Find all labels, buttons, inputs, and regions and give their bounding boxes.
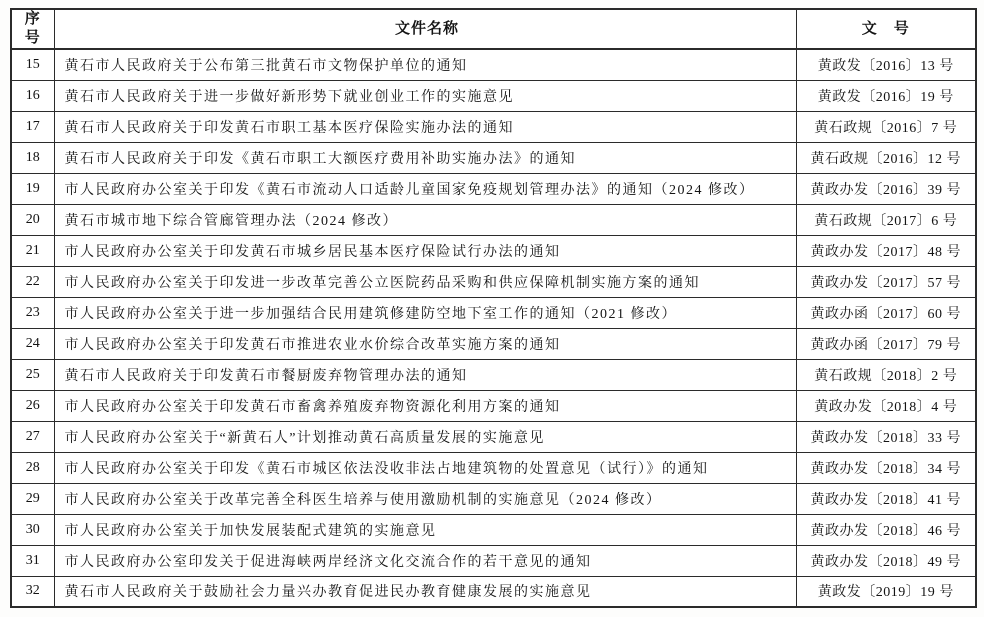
serial-number-cell: 25 bbox=[11, 359, 54, 390]
table-row: 28 市人民政府办公室关于印发《黄石市城区依法没收非法占地建筑物的处置意见（试行… bbox=[11, 452, 976, 483]
document-title-cell: 市人民政府办公室关于印发进一步改革完善公立医院药品采购和供应保障机制实施方案的通… bbox=[54, 266, 796, 297]
document-number-cell: 黄石政规〔2016〕12 号 bbox=[796, 142, 976, 173]
table-body: 15 黄石市人民政府关于公布第三批黄石市文物保护单位的通知 黄政发〔2016〕1… bbox=[11, 49, 976, 607]
document-title-cell: 黄石市人民政府关于印发黄石市职工基本医疗保险实施办法的通知 bbox=[54, 111, 796, 142]
serial-number-cell: 32 bbox=[11, 576, 54, 607]
document-number-cell: 黄石政规〔2017〕6 号 bbox=[796, 204, 976, 235]
document-title-cell: 黄石市人民政府关于进一步做好新形势下就业创业工作的实施意见 bbox=[54, 80, 796, 111]
serial-number-cell: 18 bbox=[11, 142, 54, 173]
table-row: 23 市人民政府办公室关于进一步加强结合民用建筑修建防空地下室工作的通知（202… bbox=[11, 297, 976, 328]
serial-number-cell: 30 bbox=[11, 514, 54, 545]
table-header: 序 号 文件名称 文 号 bbox=[11, 9, 976, 49]
document-number-cell: 黄政发〔2019〕19 号 bbox=[796, 576, 976, 607]
table-row: 16 黄石市人民政府关于进一步做好新形势下就业创业工作的实施意见 黄政发〔201… bbox=[11, 80, 976, 111]
document-number-cell: 黄政发〔2016〕19 号 bbox=[796, 80, 976, 111]
document-title-cell: 市人民政府办公室关于加快发展装配式建筑的实施意见 bbox=[54, 514, 796, 545]
document-title-cell: 市人民政府办公室关于印发黄石市城乡居民基本医疗保险试行办法的通知 bbox=[54, 235, 796, 266]
document-title-cell: 市人民政府办公室关于印发《黄石市流动人口适龄儿童国家免疫规划管理办法》的通知（2… bbox=[54, 173, 796, 204]
serial-number-cell: 17 bbox=[11, 111, 54, 142]
document-title-cell: 黄石市人民政府关于公布第三批黄石市文物保护单位的通知 bbox=[54, 49, 796, 80]
serial-number-cell: 15 bbox=[11, 49, 54, 80]
table-row: 17 黄石市人民政府关于印发黄石市职工基本医疗保险实施办法的通知 黄石政规〔20… bbox=[11, 111, 976, 142]
document-number-cell: 黄政办函〔2017〕79 号 bbox=[796, 328, 976, 359]
table-row: 18 黄石市人民政府关于印发《黄石市职工大额医疗费用补助实施办法》的通知 黄石政… bbox=[11, 142, 976, 173]
table-row: 25 黄石市人民政府关于印发黄石市餐厨废弃物管理办法的通知 黄石政规〔2018〕… bbox=[11, 359, 976, 390]
serial-number-cell: 27 bbox=[11, 421, 54, 452]
table-row: 27 市人民政府办公室关于“新黄石人”计划推动黄石高质量发展的实施意见 黄政办发… bbox=[11, 421, 976, 452]
document-title-cell: 市人民政府办公室印发关于促进海峡两岸经济文化交流合作的若干意见的通知 bbox=[54, 545, 796, 576]
document-number-cell: 黄政办函〔2017〕60 号 bbox=[796, 297, 976, 328]
table-row: 15 黄石市人民政府关于公布第三批黄石市文物保护单位的通知 黄政发〔2016〕1… bbox=[11, 49, 976, 80]
document-number-cell: 黄政办发〔2018〕4 号 bbox=[796, 390, 976, 421]
serial-number-cell: 31 bbox=[11, 545, 54, 576]
document-title-cell: 市人民政府办公室关于印发黄石市畜禽养殖废弃物资源化利用方案的通知 bbox=[54, 390, 796, 421]
document-title-cell: 市人民政府办公室关于印发黄石市推进农业水价综合改革实施方案的通知 bbox=[54, 328, 796, 359]
table-row: 29 市人民政府办公室关于改革完善全科医生培养与使用激励机制的实施意见（2024… bbox=[11, 483, 976, 514]
document-title-cell: 黄石市人民政府关于印发《黄石市职工大额医疗费用补助实施办法》的通知 bbox=[54, 142, 796, 173]
table-row: 31 市人民政府办公室印发关于促进海峡两岸经济文化交流合作的若干意见的通知 黄政… bbox=[11, 545, 976, 576]
document-number-cell: 黄政办发〔2018〕34 号 bbox=[796, 452, 976, 483]
header-serial-number: 序 号 bbox=[11, 9, 54, 49]
document-list-table: 序 号 文件名称 文 号 15 黄石市人民政府关于公布第三批黄石市文物保护单位的… bbox=[10, 8, 977, 608]
table-row: 32 黄石市人民政府关于鼓励社会力量兴办教育促进民办教育健康发展的实施意见 黄政… bbox=[11, 576, 976, 607]
table-row: 19 市人民政府办公室关于印发《黄石市流动人口适龄儿童国家免疫规划管理办法》的通… bbox=[11, 173, 976, 204]
serial-number-cell: 24 bbox=[11, 328, 54, 359]
document-number-cell: 黄政办发〔2016〕39 号 bbox=[796, 173, 976, 204]
table-row: 22 市人民政府办公室关于印发进一步改革完善公立医院药品采购和供应保障机制实施方… bbox=[11, 266, 976, 297]
document-number-cell: 黄政发〔2016〕13 号 bbox=[796, 49, 976, 80]
serial-number-cell: 16 bbox=[11, 80, 54, 111]
document-title-cell: 市人民政府办公室关于“新黄石人”计划推动黄石高质量发展的实施意见 bbox=[54, 421, 796, 452]
document-page: 序 号 文件名称 文 号 15 黄石市人民政府关于公布第三批黄石市文物保护单位的… bbox=[0, 0, 984, 617]
document-title-cell: 市人民政府办公室关于印发《黄石市城区依法没收非法占地建筑物的处置意见（试行）》的… bbox=[54, 452, 796, 483]
document-number-cell: 黄政办发〔2017〕48 号 bbox=[796, 235, 976, 266]
serial-number-cell: 29 bbox=[11, 483, 54, 514]
document-number-cell: 黄政办发〔2018〕33 号 bbox=[796, 421, 976, 452]
document-number-cell: 黄政办发〔2018〕46 号 bbox=[796, 514, 976, 545]
serial-number-cell: 20 bbox=[11, 204, 54, 235]
table-row: 24 市人民政府办公室关于印发黄石市推进农业水价综合改革实施方案的通知 黄政办函… bbox=[11, 328, 976, 359]
table-row: 26 市人民政府办公室关于印发黄石市畜禽养殖废弃物资源化利用方案的通知 黄政办发… bbox=[11, 390, 976, 421]
document-number-cell: 黄石政规〔2016〕7 号 bbox=[796, 111, 976, 142]
document-title-cell: 市人民政府办公室关于改革完善全科医生培养与使用激励机制的实施意见（2024 修改… bbox=[54, 483, 796, 514]
document-number-cell: 黄石政规〔2018〕2 号 bbox=[796, 359, 976, 390]
table-row: 30 市人民政府办公室关于加快发展装配式建筑的实施意见 黄政办发〔2018〕46… bbox=[11, 514, 976, 545]
serial-number-cell: 19 bbox=[11, 173, 54, 204]
serial-number-cell: 22 bbox=[11, 266, 54, 297]
serial-number-cell: 23 bbox=[11, 297, 54, 328]
serial-number-cell: 28 bbox=[11, 452, 54, 483]
document-title-cell: 黄石市人民政府关于鼓励社会力量兴办教育促进民办教育健康发展的实施意见 bbox=[54, 576, 796, 607]
header-document-title: 文件名称 bbox=[54, 9, 796, 49]
document-number-cell: 黄政办发〔2018〕49 号 bbox=[796, 545, 976, 576]
document-title-cell: 市人民政府办公室关于进一步加强结合民用建筑修建防空地下室工作的通知（2021 修… bbox=[54, 297, 796, 328]
document-title-cell: 黄石市人民政府关于印发黄石市餐厨废弃物管理办法的通知 bbox=[54, 359, 796, 390]
serial-number-cell: 26 bbox=[11, 390, 54, 421]
document-number-cell: 黄政办发〔2017〕57 号 bbox=[796, 266, 976, 297]
header-document-number: 文 号 bbox=[796, 9, 976, 49]
document-number-cell: 黄政办发〔2018〕41 号 bbox=[796, 483, 976, 514]
table-row: 21 市人民政府办公室关于印发黄石市城乡居民基本医疗保险试行办法的通知 黄政办发… bbox=[11, 235, 976, 266]
document-title-cell: 黄石市城市地下综合管廊管理办法（2024 修改） bbox=[54, 204, 796, 235]
table-row: 20 黄石市城市地下综合管廊管理办法（2024 修改） 黄石政规〔2017〕6 … bbox=[11, 204, 976, 235]
serial-number-cell: 21 bbox=[11, 235, 54, 266]
header-row: 序 号 文件名称 文 号 bbox=[11, 9, 976, 49]
